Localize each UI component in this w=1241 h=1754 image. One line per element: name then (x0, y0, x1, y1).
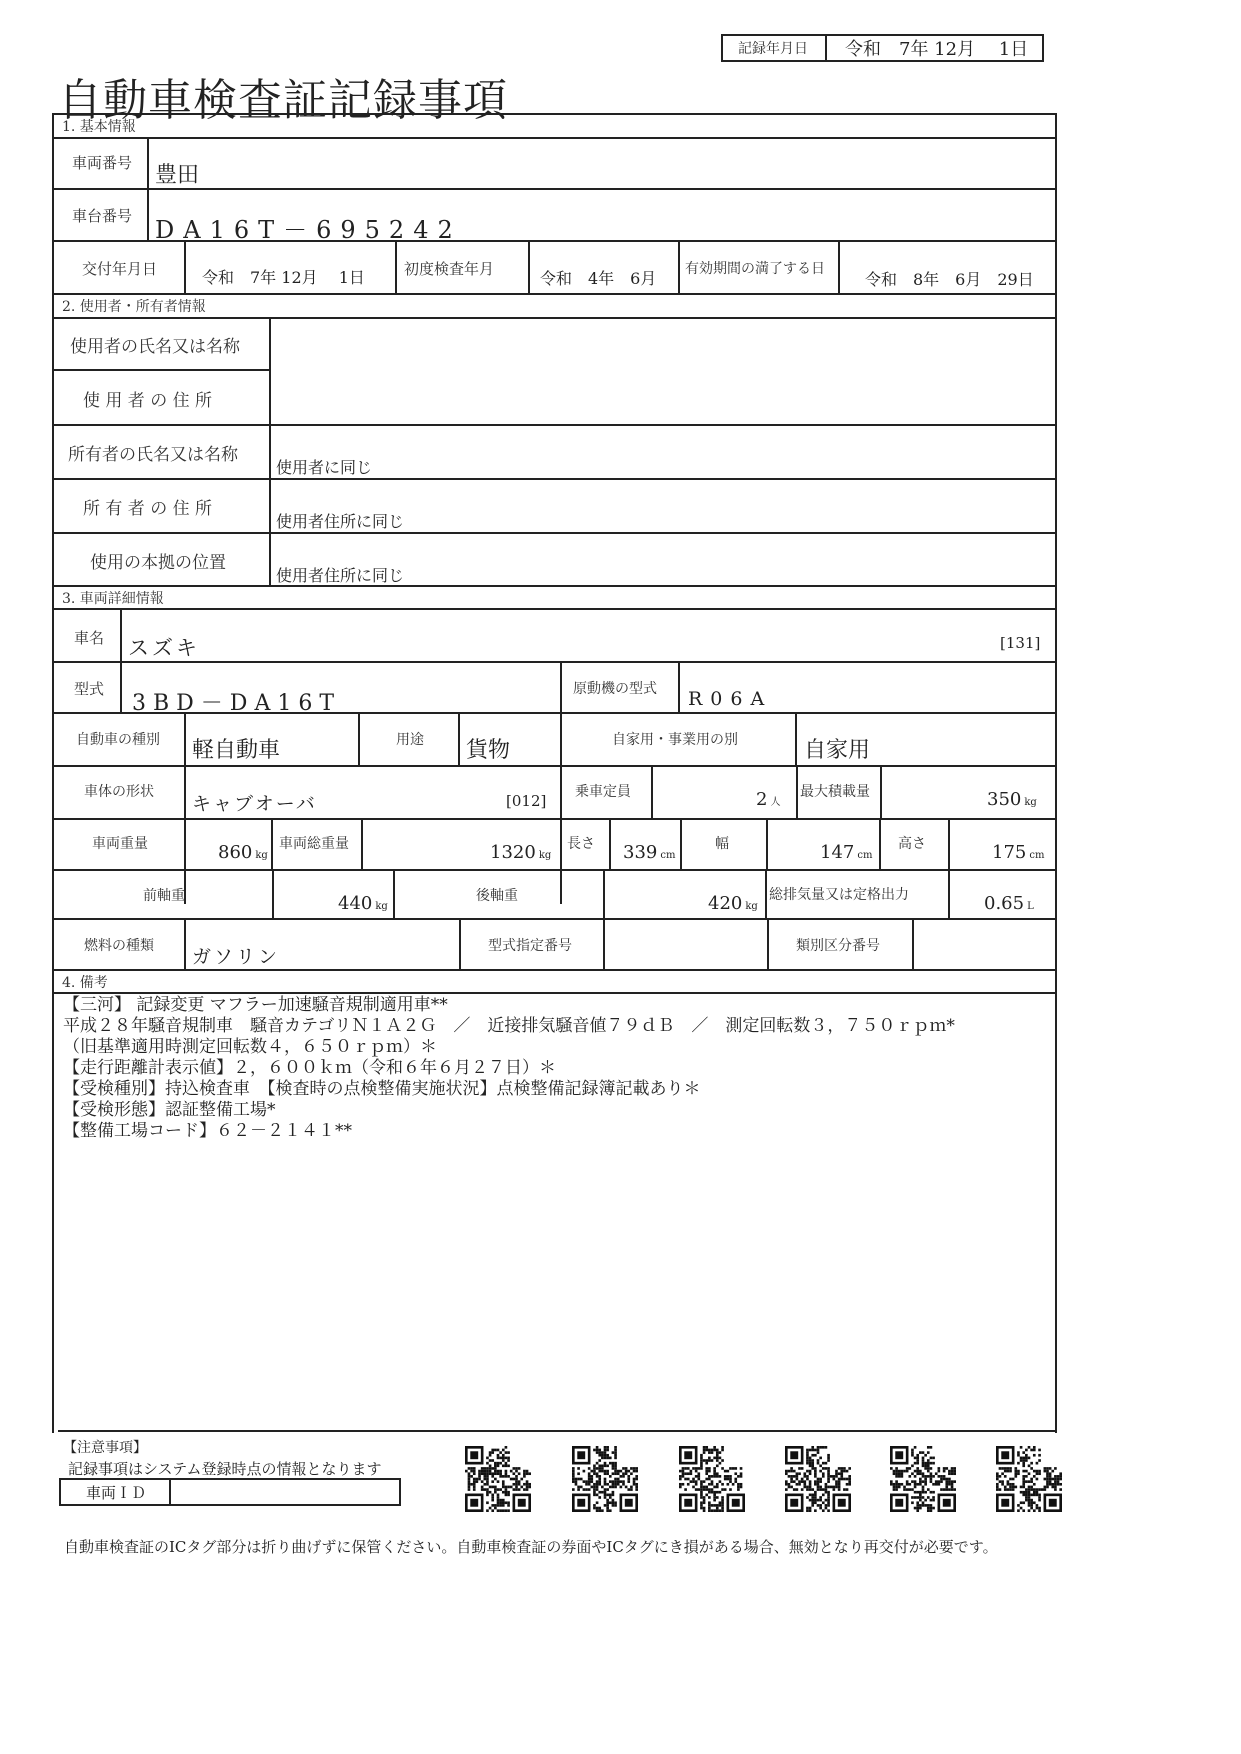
length-number: 339 (623, 842, 657, 863)
private-business-value: 自家用 (804, 733, 870, 764)
owner-address-label: 所 有 者 の 住 所 (83, 494, 212, 519)
body-shape-code: [012] (506, 792, 546, 810)
height-value: 175cm (992, 842, 1044, 863)
remarks-line: 【整備工場コード】６２－２１４１** (63, 1121, 1048, 1142)
fuel-label: 燃料の種類 (84, 935, 154, 955)
gross-weight-number: 1320 (490, 842, 536, 863)
issue-date-label: 交付年月日 (82, 258, 157, 279)
engine-model-value: R06A (688, 688, 772, 710)
displacement-unit: L (1027, 901, 1034, 912)
section-3-heading: 3. 車両詳細情報 (62, 588, 164, 608)
vehicle-number-value: 豊田 (155, 158, 199, 189)
front-axle-value: 440kg (338, 893, 388, 914)
max-load-label: 最大積載量 (800, 781, 870, 801)
remarks-line: 【受検形態】認証整備工場* (63, 1100, 1048, 1121)
issue-date-value: 令和 7年 12月 1日 (202, 265, 365, 288)
section-2-heading: 2. 使用者・所有者情報 (62, 296, 206, 316)
length-value: 339cm (623, 842, 675, 863)
remarks-line: 【受検種別】持込検査車 【検査時の点検整備実施状況】点検整備記録簿記載あり＊ (63, 1079, 1048, 1100)
gross-weight-value: 1320kg (490, 842, 551, 863)
rear-axle-value: 420kg (708, 893, 758, 914)
max-load-number: 350 (987, 789, 1021, 810)
user-address-label: 使 用 者 の 住 所 (83, 386, 212, 411)
first-registration-label: 初度検査年月 (404, 258, 494, 279)
width-number: 147 (820, 842, 854, 863)
width-unit: cm (857, 850, 872, 861)
first-registration-value: 令和 4年 6月 (540, 266, 656, 289)
front-axle-number: 440 (338, 893, 372, 914)
private-business-label: 自家用・事業用の別 (612, 729, 738, 749)
purpose-label: 用途 (396, 729, 424, 749)
height-unit: cm (1029, 850, 1044, 861)
width-value: 147cm (820, 842, 872, 863)
capacity-unit: 人 (770, 797, 780, 808)
qr-code-icon (679, 1446, 745, 1512)
category-number-label: 類別区分番号 (796, 935, 880, 955)
fuel-value: ガソリン (192, 942, 280, 969)
qr-code-icon (890, 1446, 956, 1512)
car-name-value: スズキ (128, 632, 200, 662)
vehicle-weight-value: 860kg (218, 842, 268, 863)
body-shape-label: 車体の形状 (84, 781, 154, 801)
base-location-value: 使用者住所に同じ (276, 563, 404, 586)
qr-code-icon (572, 1446, 638, 1512)
vehicle-class-label: 自動車の種別 (76, 729, 160, 749)
car-name-code: [131] (1000, 634, 1040, 652)
expiry-date-value: 令和 8年 6月 29日 (865, 267, 1034, 290)
height-label: 高さ (898, 833, 926, 853)
remarks-line: （旧基準適用時測定回転数４，６５０ｒｐｍ）＊ (63, 1037, 1048, 1058)
capacity-label: 乗車定員 (575, 781, 631, 801)
remarks-line: 【走行距離計表示値】２，６００ｋｍ（令和６年６月２７日）＊ (63, 1058, 1048, 1079)
section-4-heading: 4. 備考 (62, 972, 108, 992)
max-load-value: 350kg (987, 789, 1037, 810)
remarks-line: 【三河】 記録変更 マフラー加速騒音規制適用車** (63, 995, 1048, 1016)
section-1-heading: 1. 基本情報 (62, 116, 136, 136)
vehicle-weight-label: 車両重量 (92, 833, 148, 853)
expiry-date-label: 有効期間の満了する日 (685, 258, 825, 278)
remarks-line: 平成２８年騒音規制車 騒音カテゴリＮ１Ａ２Ｇ ／ 近接排気騒音値７９ｄＢ ／ 測… (63, 1016, 1048, 1037)
capacity-value: 2人 (756, 789, 780, 810)
vehicle-weight-number: 860 (218, 842, 252, 863)
rear-axle-label: 後軸重 (476, 885, 518, 905)
gross-weight-unit: kg (539, 850, 551, 861)
length-label: 長さ (567, 833, 595, 853)
rear-axle-number: 420 (708, 893, 742, 914)
body-shape-value: キャブオーバ (192, 789, 317, 816)
vehicle-number-label: 車両番号 (72, 152, 132, 173)
height-number: 175 (992, 842, 1026, 863)
vehicle-class-value: 軽自動車 (192, 733, 280, 764)
capacity-number: 2 (756, 789, 767, 810)
owner-address-value: 使用者住所に同じ (276, 509, 404, 532)
vehicle-weight-unit: kg (255, 850, 267, 861)
qr-code-icon (465, 1446, 531, 1512)
notice-text: 記録事項はシステム登録時点の情報となります (68, 1458, 382, 1479)
car-name-label: 車名 (74, 627, 104, 648)
gross-weight-label: 車両総重量 (279, 833, 349, 853)
notice-heading: 【注意事項】 (63, 1437, 147, 1457)
width-label: 幅 (715, 833, 729, 853)
displacement-label: 総排気量又は定格出力 (769, 884, 909, 904)
rear-axle-unit: kg (745, 901, 757, 912)
type-designation-label: 型式指定番号 (488, 935, 572, 955)
remarks-block: 【三河】 記録変更 マフラー加速騒音規制適用車** 平成２８年騒音規制車 騒音カ… (63, 995, 1048, 1142)
engine-model-label: 原動機の型式 (573, 678, 657, 698)
chassis-number-label: 車台番号 (72, 205, 132, 226)
owner-name-label: 所有者の氏名又は名称 (68, 440, 238, 465)
qr-code-icon (996, 1446, 1062, 1512)
length-unit: cm (660, 850, 675, 861)
purpose-value: 貨物 (466, 733, 510, 764)
qr-code-icon (785, 1446, 851, 1512)
record-date-value: 令和 7年 12月 1日 (845, 35, 1028, 61)
footer-notice: 自動車検査証のICタグ部分は折り曲げずに保管ください。自動車検査証の券面やICタ… (64, 1536, 998, 1557)
max-load-unit: kg (1024, 797, 1036, 808)
record-date-label: 記録年月日 (738, 38, 808, 58)
displacement-value: 0.65L (984, 893, 1034, 914)
displacement-number: 0.65 (984, 893, 1024, 914)
front-axle-unit: kg (375, 901, 387, 912)
base-location-label: 使用の本拠の位置 (90, 548, 226, 573)
user-name-label: 使用者の氏名又は名称 (70, 332, 240, 357)
model-label: 型式 (74, 678, 104, 699)
vehicle-id-label: 車両ＩＤ (86, 1482, 146, 1503)
front-axle-label: 前軸重 (143, 885, 185, 905)
owner-name-value: 使用者に同じ (276, 455, 372, 478)
